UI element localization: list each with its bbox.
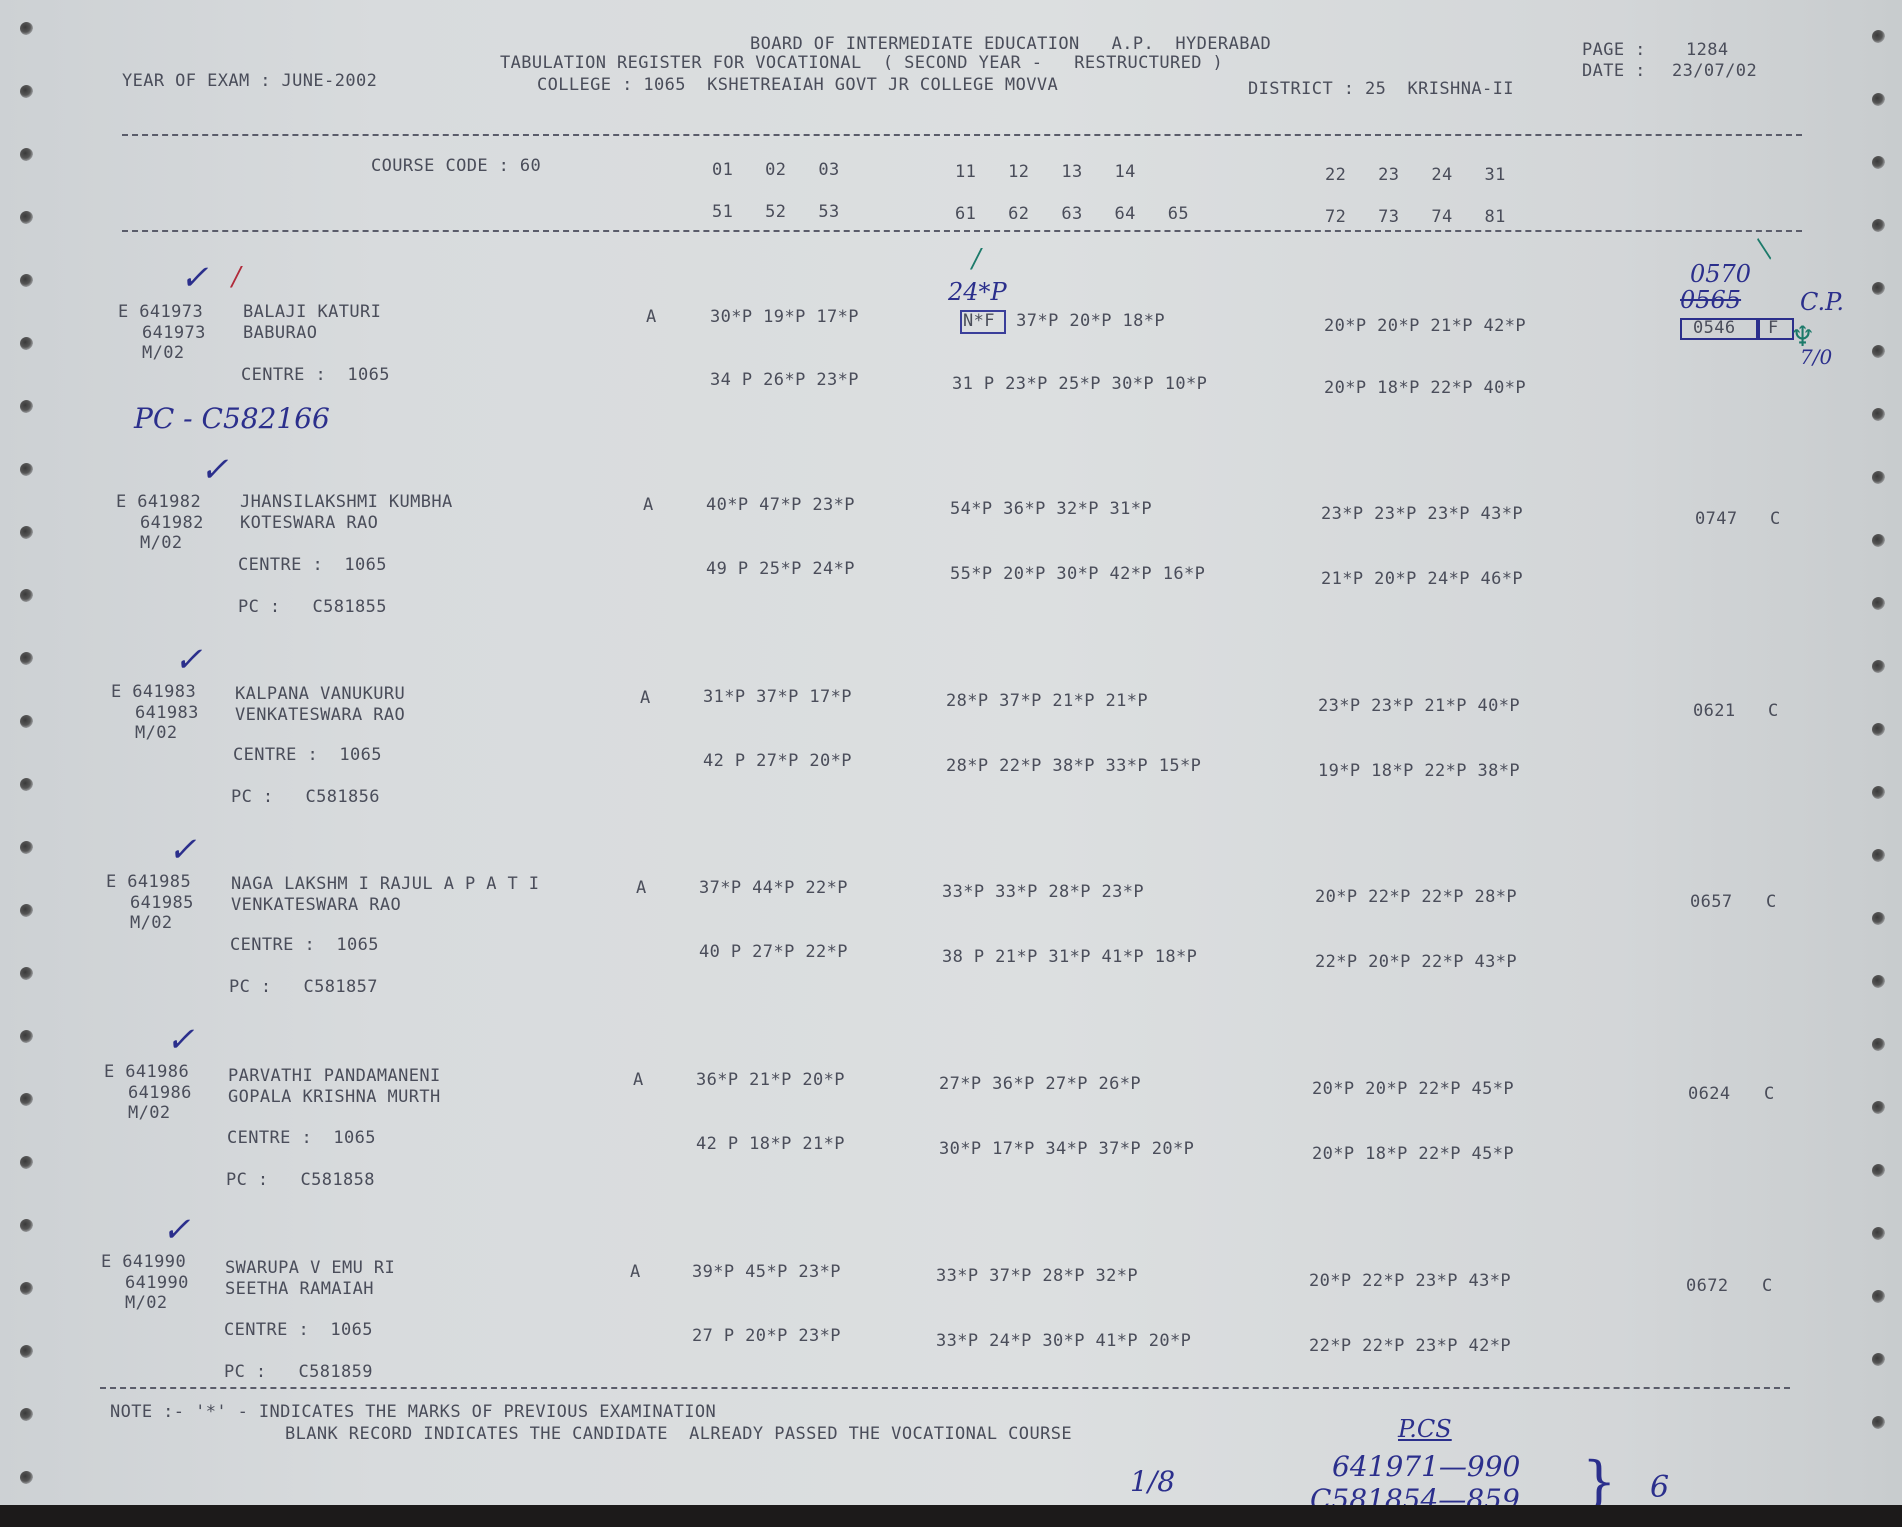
total-marks: 0546 [1693,318,1736,338]
handwritten-cp: C.P. [1800,288,1844,316]
marks-second-year-lang: 40 P 27*P 22*P [699,942,848,962]
medium: M/02 [128,1103,171,1123]
marks-second-year-voc: 30*P 17*P 34*P 37*P 20*P [939,1139,1194,1159]
result-code: C [1770,509,1781,529]
student-record: E 641985 641985 M/02 NAGA LAKSHM I RAJUL… [0,872,1902,1062]
grade-column: A [633,1070,644,1090]
grade-column: A [640,688,651,708]
grade-column: A [646,307,657,327]
board-title: BOARD OF INTERMEDIATE EDUCATION A.P. HYD… [750,34,1271,54]
pc-number: PC : C581859 [224,1362,373,1382]
handwritten-count: 6 [1650,1470,1669,1505]
student-record: E 641973 641973 M/02 BALAJI KATURI BABUR… [0,300,1902,490]
tabulation-register-sheet: BOARD OF INTERMEDIATE EDUCATION A.P. HYD… [0,0,1902,1510]
handwritten-initials-date: 7/0 [1800,345,1832,369]
marks-first-year-other: 20*P 22*P 23*P 43*P [1309,1271,1511,1291]
marks-first-year-voc: 27*P 36*P 27*P 26*P [939,1074,1141,1094]
marks-first-year-other: 20*P 20*P 21*P 42*P [1324,316,1526,336]
hall-ticket: 641986 [128,1083,192,1103]
medium: M/02 [125,1293,168,1313]
check-mark-icon: ✓ [180,258,209,298]
header-divider [122,134,1802,136]
candidate-name: NAGA LAKSHM I RAJUL A P A T I [231,874,539,894]
grade-column: A [636,878,647,898]
medium: M/02 [140,533,183,553]
col-head-2b: 61 62 63 64 65 [955,204,1189,224]
check-mark-icon: ✓ [174,640,203,680]
medium: M/02 [142,343,185,363]
marks-second-year-lang: 49 P 25*P 24*P [706,559,855,579]
marks-second-year-lang: 27 P 20*P 23*P [692,1326,841,1346]
col-head-1c: 22 23 24 31 [1325,165,1506,185]
result-code: C [1762,1276,1773,1296]
grade-column: A [643,495,654,515]
check-mark-icon: ✓ [162,1210,191,1250]
centre: CENTRE : 1065 [233,745,382,765]
pc-number: PC : C581856 [231,787,380,807]
centre: CENTRE : 1065 [230,935,379,955]
marks-second-year-other: 19*P 18*P 22*P 38*P [1318,761,1520,781]
result-code: C [1764,1084,1775,1104]
roll-number: E 641983 [111,682,196,702]
date-label: DATE : [1582,61,1646,81]
medium: M/02 [130,913,173,933]
father-name: VENKATESWARA RAO [235,705,405,725]
roll-number: E 641985 [106,872,191,892]
page-label: PAGE : [1582,40,1646,60]
father-name: SEETHA RAMAIAH [225,1279,374,1299]
student-record: E 641986 641986 M/02 PARVATHI PANDAMANEN… [0,1062,1902,1252]
marks-second-year-voc: 55*P 20*P 30*P 42*P 16*P [950,564,1205,584]
column-divider [122,230,1802,232]
result-code: C [1766,892,1777,912]
scan-bottom-edge [0,1505,1902,1527]
father-name: GOPALA KRISHNA MURTH [228,1087,441,1107]
father-name: BABURAO [243,323,317,343]
candidate-name: PARVATHI PANDAMANENI [228,1066,441,1086]
col-head-2a: 51 52 53 [712,202,840,222]
green-stroke-icon: / [1749,238,1779,261]
print-date: 23/07/02 [1672,61,1757,81]
check-mark-icon: ✓ [166,1020,195,1060]
marks-first-year-voc: 33*P 33*P 28*P 23*P [942,882,1144,902]
candidate-name: KALPANA VANUKURU [235,684,405,704]
check-mark-icon: ✓ [168,830,197,870]
student-record: E 641983 641983 M/02 KALPANA VANUKURU VE… [0,682,1902,872]
col-head-2c: 72 73 74 81 [1325,207,1506,227]
marks-second-year-other: 22*P 20*P 22*P 43*P [1315,952,1517,972]
marks-first-year-lang: 31*P 37*P 17*P [703,687,852,707]
marks-second-year-voc: 38 P 21*P 31*P 41*P 18*P [942,947,1197,967]
green-tick-icon: / [972,244,981,274]
handwritten-total-1: 0570 [1690,260,1751,288]
hall-ticket: 641985 [130,893,194,913]
pc-number: PC : C581855 [238,597,387,617]
handwritten-pcs-label: P.CS [1398,1415,1452,1443]
marks-first-year-voc: 54*P 36*P 32*P 31*P [950,499,1152,519]
marks-second-year-other: 20*P 18*P 22*P 40*P [1324,378,1526,398]
medium: M/02 [135,723,178,743]
roll-number: E 641982 [116,492,201,512]
course-code: COURSE CODE : 60 [371,156,541,176]
grade-column: A [630,1262,641,1282]
candidate-name: SWARUPA V EMU RI [225,1258,395,1278]
handwritten-roll-range: 641971—990 [1332,1450,1520,1483]
page-number: 1284 [1686,40,1729,60]
marks-first-year-other: 20*P 22*P 22*P 28*P [1315,887,1517,907]
roll-number: E 641973 [118,302,203,322]
student-record: E 641982 641982 M/02 JHANSILAKSHMI KUMBH… [0,492,1902,682]
district-info: DISTRICT : 25 KRISHNA-II [1248,79,1514,99]
marks-first-year-voc: 33*P 37*P 28*P 32*P [936,1266,1138,1286]
marks-second-year-lang: 34 P 26*P 23*P [710,370,859,390]
marks-second-year-lang: 42 P 27*P 20*P [703,751,852,771]
candidate-name: BALAJI KATURI [243,302,381,322]
hall-ticket: 641983 [135,703,199,723]
result-code: F [1768,318,1779,338]
handwritten-signature: 1/8 [1130,1465,1175,1498]
marks-second-year-lang: 42 P 18*P 21*P [696,1134,845,1154]
candidate-name: JHANSILAKSHMI KUMBHA [240,492,453,512]
marks-first-year-lang: 30*P 19*P 17*P [710,307,859,327]
handwritten-pc-number: PC - C582166 [134,402,330,435]
father-name: VENKATESWARA RAO [231,895,401,915]
col-head-1a: 01 02 03 [712,160,840,180]
total-marks: 0624 [1688,1084,1731,1104]
marks-second-year-voc: 31 P 23*P 25*P 30*P 10*P [952,374,1207,394]
footer-divider [100,1387,1790,1389]
marks-first-year-lang: 39*P 45*P 23*P [692,1262,841,1282]
total-marks: 0657 [1690,892,1733,912]
handwritten-total-2: 0565 [1680,286,1741,314]
marks-second-year-other: 20*P 18*P 22*P 45*P [1312,1144,1514,1164]
red-tick-icon: / [232,262,241,292]
result-code: C [1768,701,1779,721]
year-of-exam: YEAR OF EXAM : JUNE-2002 [122,71,377,91]
marks-first-year-other: 20*P 20*P 22*P 45*P [1312,1079,1514,1099]
hall-ticket: 641982 [140,513,204,533]
hall-ticket: 641990 [125,1273,189,1293]
check-mark-icon: ✓ [200,450,229,490]
college-info: COLLEGE : 1065 KSHETREAIAH GOVT JR COLLE… [537,75,1058,95]
handwritten-correction: 24*P [948,278,1007,306]
marks-first-year-other: 23*P 23*P 21*P 40*P [1318,696,1520,716]
centre: CENTRE : 1065 [238,555,387,575]
roll-number: E 641986 [104,1062,189,1082]
marks-second-year-other: 21*P 20*P 24*P 46*P [1321,569,1523,589]
pc-number: PC : C581857 [229,977,378,997]
roll-number: E 641990 [101,1252,186,1272]
brace-icon: } [1582,1450,1616,1513]
marks-first-year-lang: 36*P 21*P 20*P [696,1070,845,1090]
total-marks: 0747 [1695,509,1738,529]
marks-first-year-lang: 40*P 47*P 23*P [706,495,855,515]
centre: CENTRE : 1065 [227,1128,376,1148]
pc-number: PC : C581858 [226,1170,375,1190]
correction-box [960,310,1006,334]
marks-second-year-voc: 33*P 24*P 30*P 41*P 20*P [936,1331,1191,1351]
total-marks: 0672 [1686,1276,1729,1296]
marks-first-year-voc: 28*P 37*P 21*P 21*P [946,691,1148,711]
register-title: TABULATION REGISTER FOR VOCATIONAL ( SEC… [500,53,1223,73]
marks-second-year-voc: 28*P 22*P 38*P 33*P 15*P [946,756,1201,776]
centre: CENTRE : 1065 [224,1320,373,1340]
note-line-2: BLANK RECORD INDICATES THE CANDIDATE ALR… [285,1424,1072,1444]
marks-first-year-other: 23*P 23*P 23*P 43*P [1321,504,1523,524]
note-line-1: NOTE :- '*' - INDICATES THE MARKS OF PRE… [110,1402,716,1422]
centre: CENTRE : 1065 [241,365,390,385]
hall-ticket: 641973 [142,323,206,343]
col-head-1b: 11 12 13 14 [955,162,1136,182]
father-name: KOTESWARA RAO [240,513,378,533]
marks-second-year-other: 22*P 22*P 23*P 42*P [1309,1336,1511,1356]
marks-first-year-lang: 37*P 44*P 22*P [699,878,848,898]
total-marks: 0621 [1693,701,1736,721]
